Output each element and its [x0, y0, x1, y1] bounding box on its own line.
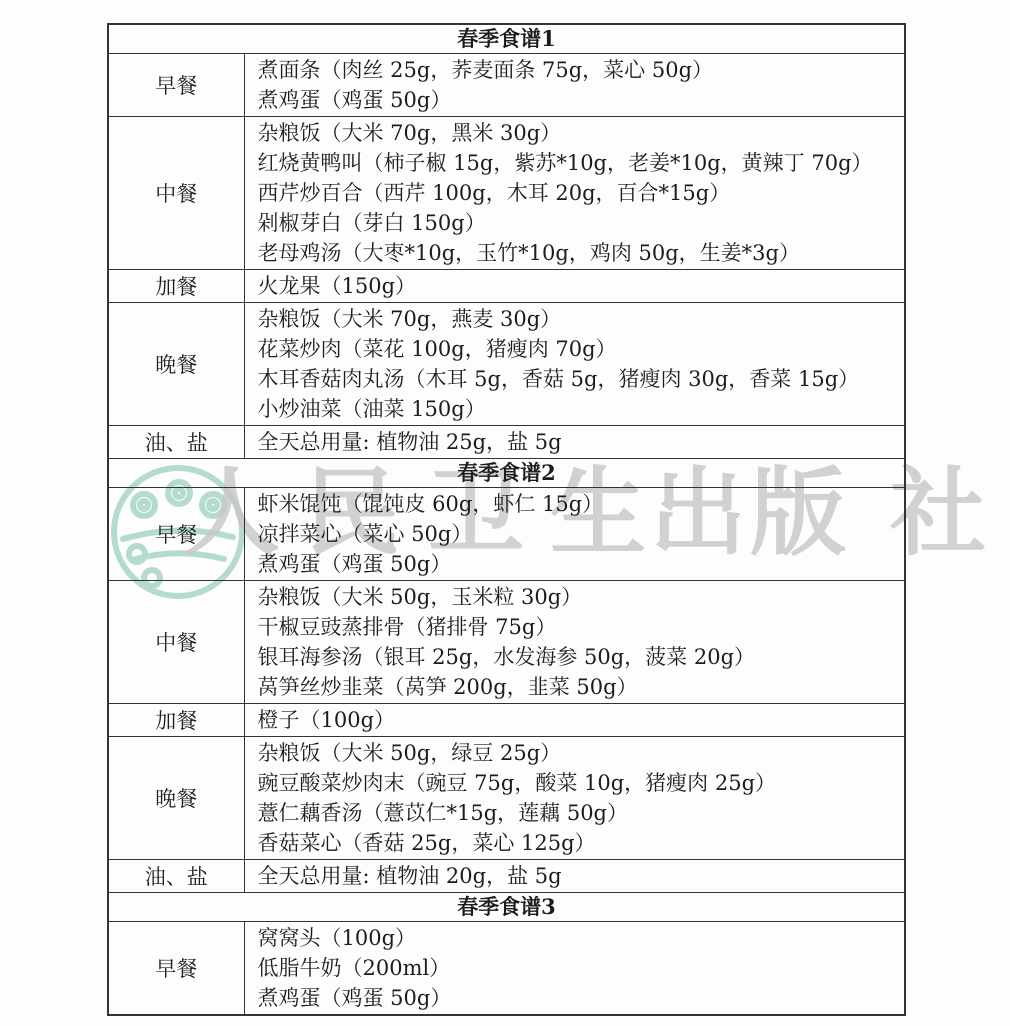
dish-line: 薏仁藕香汤（薏苡仁*15g，莲藕 50g） [258, 798, 899, 828]
meal-label: 油、盐 [108, 860, 244, 893]
meal-content: 全天总用量: 植物油 20g，盐 5g [244, 860, 905, 893]
dish-line: 凉拌菜心（菜心 50g） [258, 519, 899, 549]
table-row: 油、盐 全天总用量: 植物油 20g，盐 5g [108, 860, 905, 893]
meal-content: 火龙果（150g） [244, 270, 905, 303]
dish-line: 花菜炒肉（菜花 100g，猪瘦肉 70g） [258, 334, 899, 364]
meal-label: 加餐 [108, 270, 244, 303]
section-title: 春季食谱1 [108, 24, 905, 54]
meal-label: 加餐 [108, 704, 244, 737]
meal-content: 橙子（100g） [244, 704, 905, 737]
meal-content: 杂粮饭（大米 70g，燕麦 30g） 花菜炒肉（菜花 100g，猪瘦肉 70g）… [244, 303, 905, 426]
dish-line: 木耳香菇肉丸汤（木耳 5g，香菇 5g，猪瘦肉 30g，香菜 15g） [258, 364, 899, 394]
dish-line: 杂粮饭（大米 70g，黑米 30g） [258, 118, 899, 148]
meal-label: 早餐 [108, 54, 244, 117]
dish-line: 煮鸡蛋（鸡蛋 50g） [258, 85, 899, 115]
table-row: 油、盐 全天总用量: 植物油 25g，盐 5g [108, 426, 905, 459]
meal-content: 煮面条（肉丝 25g，荞麦面条 75g，菜心 50g） 煮鸡蛋（鸡蛋 50g） [244, 54, 905, 117]
table-row: 晚餐 杂粮饭（大米 70g，燕麦 30g） 花菜炒肉（菜花 100g，猪瘦肉 7… [108, 303, 905, 426]
meal-content: 杂粮饭（大米 50g，绿豆 25g） 豌豆酸菜炒肉末（豌豆 75g，酸菜 10g… [244, 737, 905, 860]
dish-line: 干椒豆豉蒸排骨（猪排骨 75g） [258, 612, 899, 642]
section-title: 春季食谱3 [108, 893, 905, 922]
table-row: 晚餐 杂粮饭（大米 50g，绿豆 25g） 豌豆酸菜炒肉末（豌豆 75g，酸菜 … [108, 737, 905, 860]
meal-content: 全天总用量: 植物油 25g，盐 5g [244, 426, 905, 459]
dish-line: 全天总用量: 植物油 25g，盐 5g [258, 427, 899, 457]
meal-label: 油、盐 [108, 426, 244, 459]
dish-line: 全天总用量: 植物油 20g，盐 5g [258, 861, 899, 891]
meal-label: 早餐 [108, 922, 244, 1016]
section-header-row: 春季食谱2 [108, 459, 905, 488]
section-title: 春季食谱2 [108, 459, 905, 488]
meal-content: 杂粮饭（大米 70g，黑米 30g） 红烧黄鸭叫（柿子椒 15g，紫苏*10g，… [244, 117, 905, 270]
dish-line: 杂粮饭（大米 70g，燕麦 30g） [258, 304, 899, 334]
dish-line: 红烧黄鸭叫（柿子椒 15g，紫苏*10g，老姜*10g，黄辣丁 70g） [258, 148, 899, 178]
table-row: 早餐 虾米馄饨（馄饨皮 60g，虾仁 15g） 凉拌菜心（菜心 50g） 煮鸡蛋… [108, 488, 905, 581]
dish-line: 香菇菜心（香菇 25g，菜心 125g） [258, 828, 899, 858]
meal-content: 窝窝头（100g） 低脂牛奶（200ml） 煮鸡蛋（鸡蛋 50g） [244, 922, 905, 1016]
dish-line: 煮鸡蛋（鸡蛋 50g） [258, 983, 899, 1013]
table-row: 早餐 煮面条（肉丝 25g，荞麦面条 75g，菜心 50g） 煮鸡蛋（鸡蛋 50… [108, 54, 905, 117]
dish-line: 豌豆酸菜炒肉末（豌豆 75g，酸菜 10g，猪瘦肉 25g） [258, 768, 899, 798]
meal-label: 早餐 [108, 488, 244, 581]
table-row: 早餐 窝窝头（100g） 低脂牛奶（200ml） 煮鸡蛋（鸡蛋 50g） [108, 922, 905, 1016]
dish-line: 煮鸡蛋（鸡蛋 50g） [258, 549, 899, 579]
dish-line: 银耳海参汤（银耳 25g，水发海参 50g，菠菜 20g） [258, 642, 899, 672]
dish-line: 窝窝头（100g） [258, 923, 899, 953]
dish-line: 煮面条（肉丝 25g，荞麦面条 75g，菜心 50g） [258, 55, 899, 85]
meal-content: 虾米馄饨（馄饨皮 60g，虾仁 15g） 凉拌菜心（菜心 50g） 煮鸡蛋（鸡蛋… [244, 488, 905, 581]
meal-label: 中餐 [108, 581, 244, 704]
dish-line: 剁椒芽白（芽白 150g） [258, 208, 899, 238]
dish-line: 低脂牛奶（200ml） [258, 953, 899, 983]
dish-line: 老母鸡汤（大枣*10g，玉竹*10g，鸡肉 50g，生姜*3g） [258, 238, 899, 268]
table-row: 中餐 杂粮饭（大米 70g，黑米 30g） 红烧黄鸭叫（柿子椒 15g，紫苏*1… [108, 117, 905, 270]
dish-line: 莴笋丝炒韭菜（莴笋 200g，韭菜 50g） [258, 672, 899, 702]
dish-line: 虾米馄饨（馄饨皮 60g，虾仁 15g） [258, 489, 899, 519]
table-row: 加餐 橙子（100g） [108, 704, 905, 737]
meal-plan-table: 春季食谱1 早餐 煮面条（肉丝 25g，荞麦面条 75g，菜心 50g） 煮鸡蛋… [107, 23, 906, 1016]
meal-label: 晚餐 [108, 303, 244, 426]
table-row: 加餐 火龙果（150g） [108, 270, 905, 303]
document-page: 人 民 卫 生 出 版 社 春季食谱1 早餐 煮面条（肉丝 25g，荞麦面条 7… [0, 0, 1010, 1026]
meal-content: 杂粮饭（大米 50g，玉米粒 30g） 干椒豆豉蒸排骨（猪排骨 75g） 银耳海… [244, 581, 905, 704]
meal-label: 晚餐 [108, 737, 244, 860]
dish-line: 西芹炒百合（西芹 100g，木耳 20g，百合*15g） [258, 178, 899, 208]
dish-line: 火龙果（150g） [258, 271, 899, 301]
dish-line: 小炒油菜（油菜 150g） [258, 394, 899, 424]
dish-line: 杂粮饭（大米 50g，绿豆 25g） [258, 738, 899, 768]
dish-line: 杂粮饭（大米 50g，玉米粒 30g） [258, 582, 899, 612]
table-row: 中餐 杂粮饭（大米 50g，玉米粒 30g） 干椒豆豉蒸排骨（猪排骨 75g） … [108, 581, 905, 704]
dish-line: 橙子（100g） [258, 705, 899, 735]
meal-label: 中餐 [108, 117, 244, 270]
section-header-row: 春季食谱3 [108, 893, 905, 922]
section-header-row: 春季食谱1 [108, 24, 905, 54]
